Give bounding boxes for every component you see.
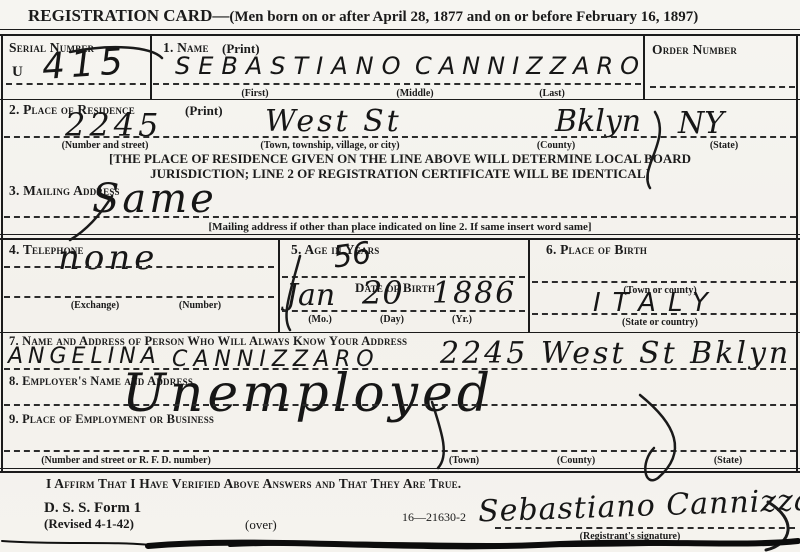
dob-sublabel-month: (Mo.)	[290, 314, 350, 325]
jurisdiction-notice-line1: [THE PLACE OF RESIDENCE GIVEN ON THE LIN…	[0, 151, 800, 167]
telephone-write-line-1	[4, 266, 274, 268]
residence-write-line	[4, 136, 796, 138]
serial-prefix: U	[12, 64, 23, 81]
form-number: D. S. S. Form 1	[44, 500, 141, 517]
name-first-value: SEBASTIANO	[175, 52, 409, 80]
name-sublabel-last: (Last)	[522, 88, 582, 99]
name-sublabel-first: (First)	[225, 88, 285, 99]
birth-town-write-line	[532, 281, 796, 283]
employment-bottom-rule-thick	[0, 471, 800, 473]
affirmation-text: I Affirm That I Have Verified Above Answ…	[46, 476, 461, 492]
place-of-birth-label: 6. Place of Birth	[546, 242, 647, 258]
name-last-value: CANNIZZARO	[415, 52, 646, 80]
residence-town-value: West St	[265, 104, 402, 139]
employer-write-line	[4, 404, 796, 406]
row456-bottom-rule	[0, 332, 800, 333]
residence-label-paren: (Print)	[185, 103, 223, 119]
telephone-sublabel-number: (Number)	[150, 300, 250, 311]
order-write-line	[650, 86, 795, 88]
dob-year-value: 1886	[432, 276, 516, 311]
dob-day-value: 20	[362, 274, 403, 312]
order-number-label: Order Number	[652, 42, 737, 58]
telephone-value: none	[58, 238, 158, 278]
employment-sublabel-county: (County)	[536, 455, 616, 466]
header-rule-thin	[0, 29, 800, 30]
serial-write-line	[6, 83, 146, 85]
telephone-sublabel-exchange: (Exchange)	[45, 300, 145, 311]
employment-write-line	[4, 450, 796, 452]
name-write-line	[153, 83, 641, 85]
birth-state-sublabel: (State or country)	[590, 317, 730, 328]
mailing-note: [Mailing address if other than place ind…	[0, 221, 800, 233]
serial-name-divider	[150, 36, 152, 99]
name-sublabel-middle: (Middle)	[375, 88, 455, 99]
header-rule-thick	[0, 34, 800, 36]
card-title-main: REGISTRATION CARD—	[28, 6, 229, 25]
form-revision: (Revised 4-1-42)	[44, 516, 134, 532]
print-code: 16—21630-2	[402, 510, 466, 525]
card-title-sub: (Men born on or after April 28, 1877 and…	[229, 9, 698, 25]
employment-label: 9. Place of Employment or Business	[9, 412, 214, 427]
residence-sublabel-street: (Number and street)	[35, 140, 175, 151]
signature-line	[495, 527, 795, 529]
card-title: REGISTRATION CARD—(Men born on or after …	[28, 6, 698, 26]
signature-sublabel: (Registrant's signature)	[545, 531, 715, 542]
over-note: (over)	[245, 517, 277, 533]
serial-number-value: 415	[41, 41, 130, 88]
residence-number-value: 2245	[65, 106, 162, 144]
row1-bottom-rule	[0, 99, 800, 100]
telephone-write-line-2	[4, 296, 274, 298]
age-value: 56	[331, 236, 374, 276]
employment-sublabel-street: (Number and street or R. F. D. number)	[16, 455, 236, 466]
residence-sublabel-town: (Town, township, village, or city)	[230, 140, 430, 151]
mailing-write-line	[4, 216, 796, 218]
employment-sublabel-state: (State)	[688, 455, 768, 466]
mailing-bottom-rule-thin	[0, 234, 800, 235]
telephone-age-divider	[278, 240, 280, 333]
residence-county-value: Bklyn	[555, 104, 641, 139]
employment-sublabel-town: (Town)	[424, 455, 504, 466]
dob-sublabel-day: (Day)	[362, 314, 422, 325]
dob-write-line	[282, 310, 525, 312]
employment-bottom-rule-thin	[0, 468, 800, 469]
birth-state-write-line	[532, 313, 796, 315]
registrant-signature: Sebastiano Cannizzaro	[478, 482, 800, 530]
dob-sublabel-year: (Yr.)	[432, 314, 492, 325]
residence-sublabel-state: (State)	[684, 140, 764, 151]
residence-sublabel-county: (County)	[516, 140, 596, 151]
registration-card: REGISTRATION CARD—(Men born on or after …	[0, 0, 800, 552]
dob-month-value: Jan	[286, 278, 335, 313]
age-birth-divider	[528, 240, 530, 333]
